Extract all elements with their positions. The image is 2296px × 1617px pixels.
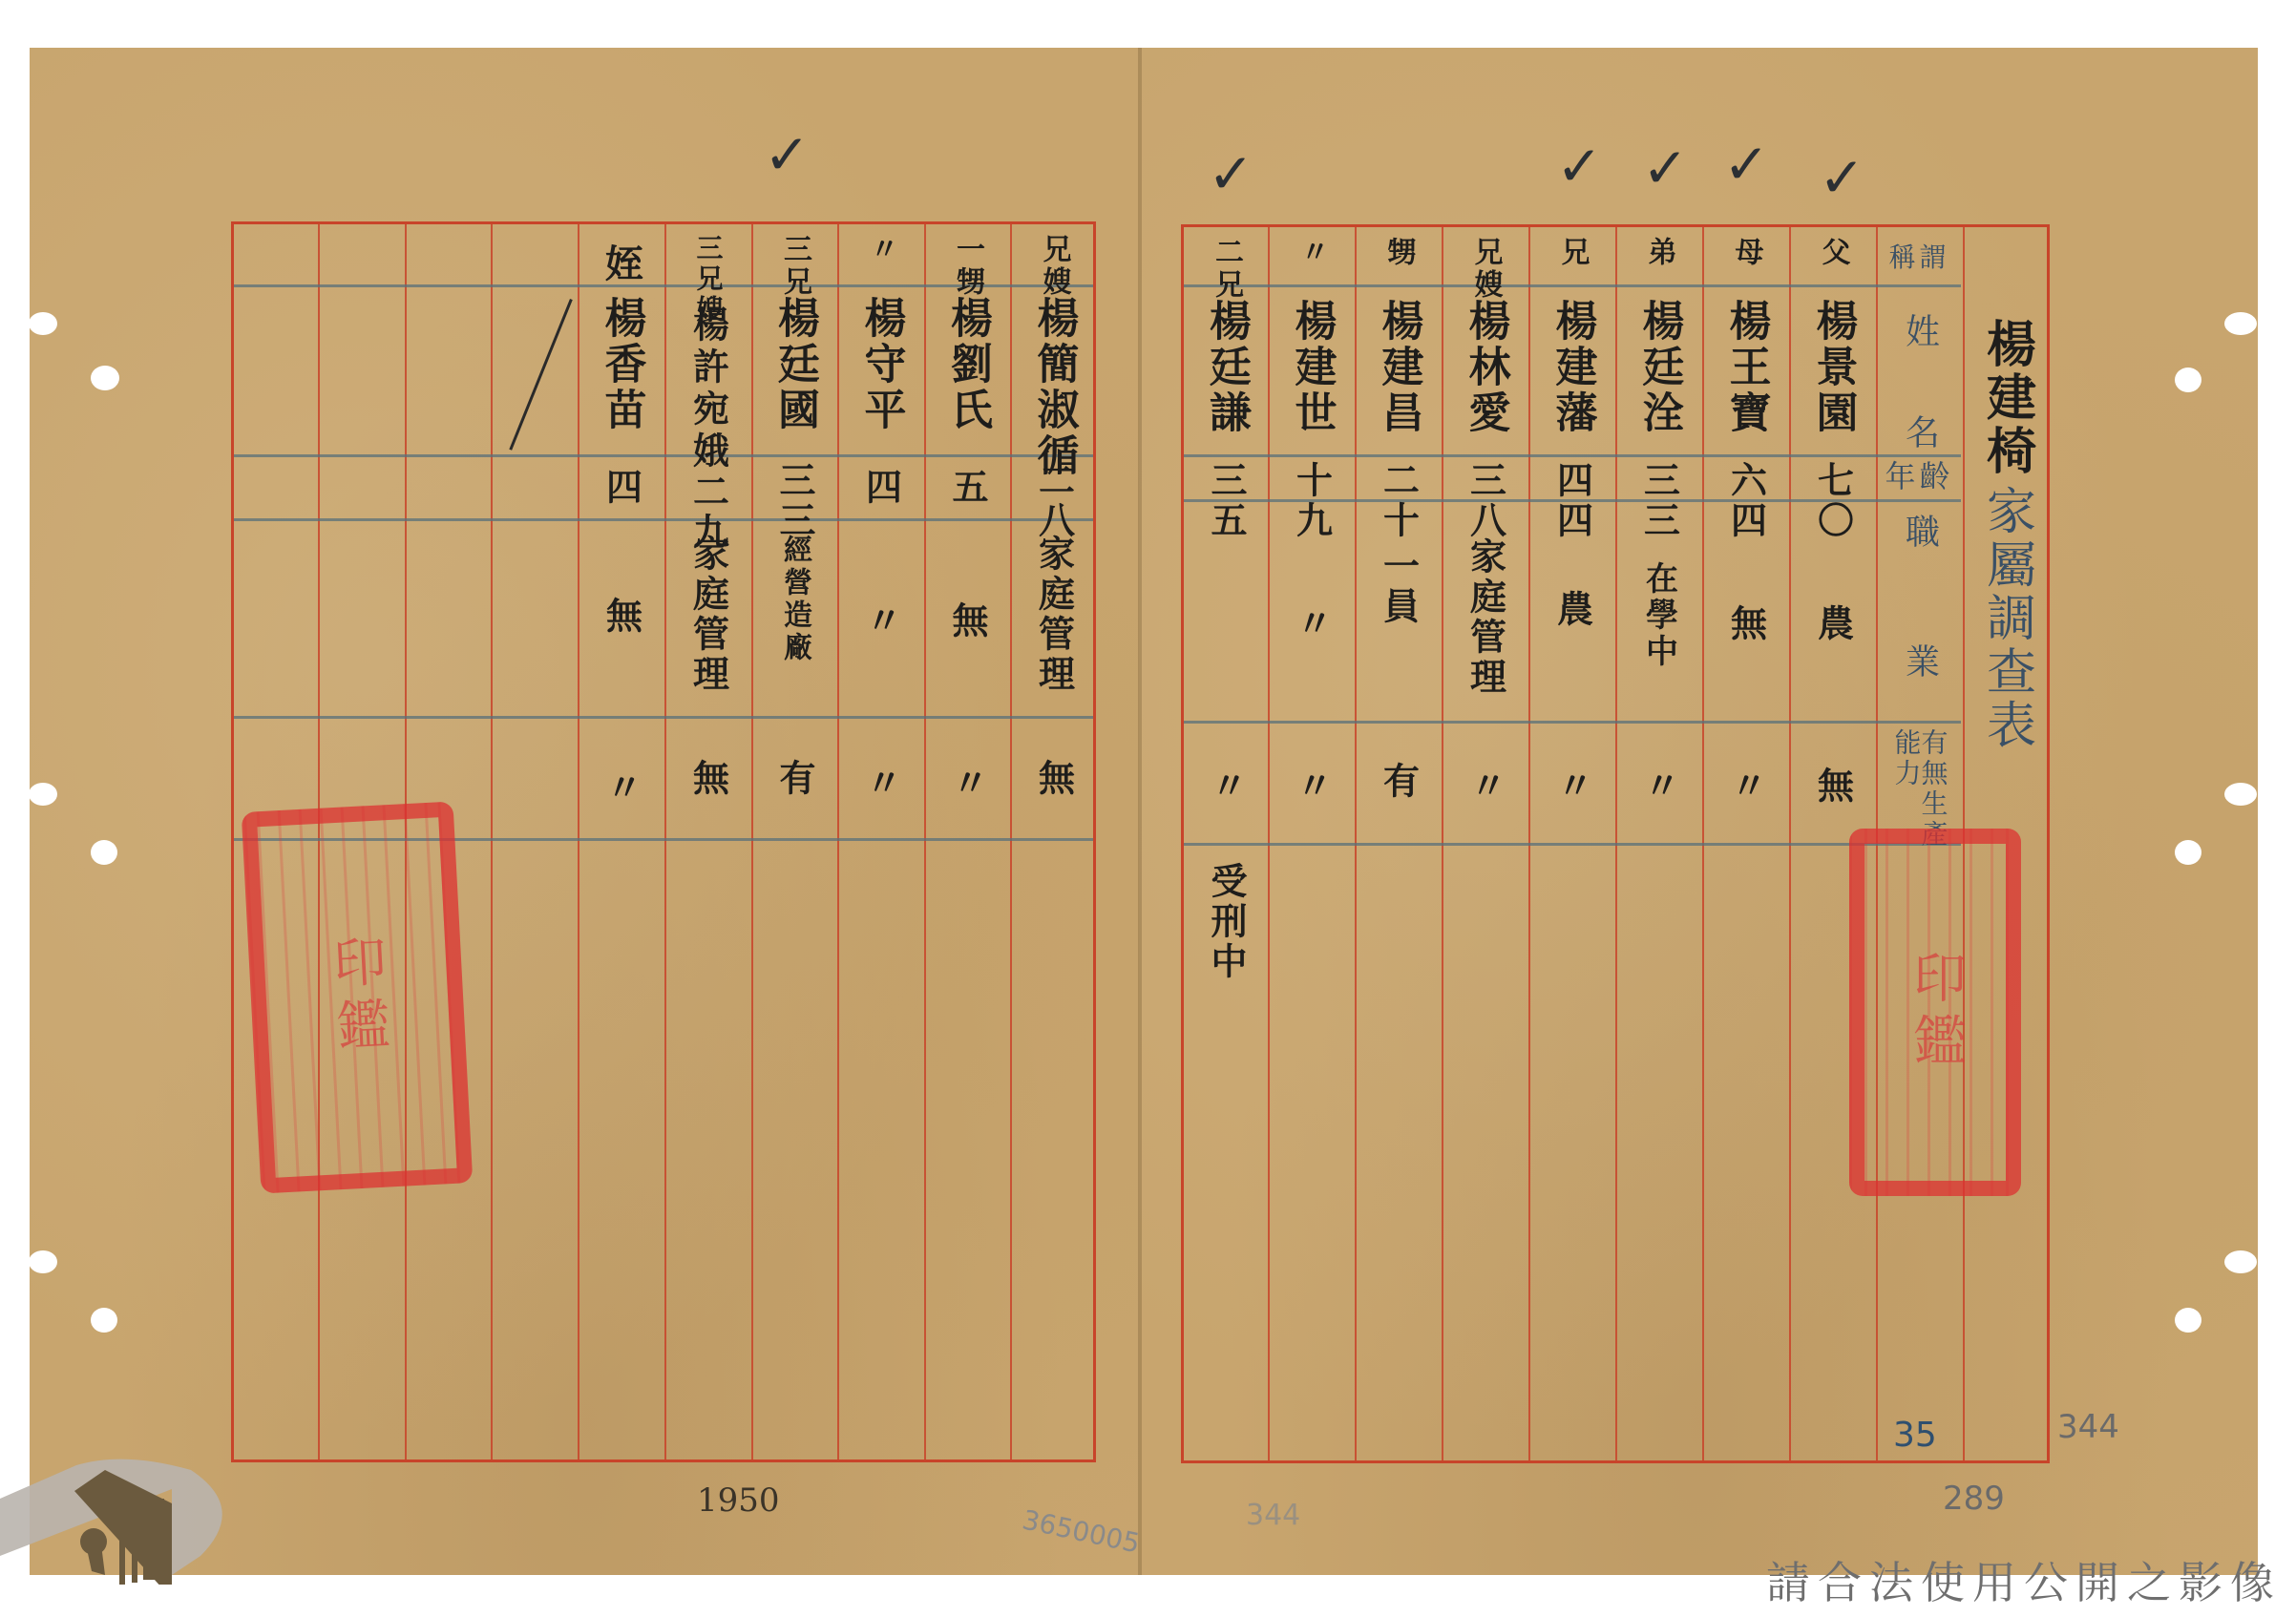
occupation: 無 (1728, 604, 1764, 644)
relation: 姪 (602, 243, 641, 285)
header-age: 年齡 (1885, 461, 1953, 492)
relation: 三兄 (780, 234, 809, 299)
document-title-name: 楊建椅 (1982, 318, 2032, 478)
table-row: 〃 楊守平 四 〃 〃 (837, 224, 924, 1459)
age: 三五 (1208, 461, 1244, 541)
productive-capacity: 〃 (1641, 766, 1677, 807)
table-row: 一甥 楊劉氏 五 無 〃 (924, 224, 1010, 1459)
pencil-note: 289 (1943, 1480, 2005, 1518)
strike-line (509, 299, 572, 451)
checkmark-icon: ✓ (1208, 141, 1254, 206)
occupation: 農 (1815, 604, 1851, 644)
table-row: 甥 楊建昌 二十 一員 有 (1355, 227, 1442, 1460)
punch-hole (2175, 367, 2201, 392)
punch-hole (91, 366, 119, 390)
occupation: 家庭管理 (1036, 535, 1072, 695)
printed-year: 1950 (697, 1481, 780, 1520)
age: 三八 (1467, 461, 1504, 541)
name: 楊王寶 (1725, 299, 1767, 436)
table-row: 兄嫂 楊簡淑循 二八 家庭管理 無 (1010, 224, 1097, 1459)
occupation: 無 (603, 597, 640, 637)
archive-book-keyhole-logo-icon (0, 1432, 239, 1585)
name: 楊林愛 (1464, 299, 1506, 436)
checkmark-icon: ✓ (764, 122, 811, 187)
age: 二八 (1036, 461, 1072, 541)
age: 六四 (1728, 461, 1764, 541)
productive-capacity: 〃 (863, 764, 899, 804)
note-imprisoned: 受刑中 (1208, 862, 1244, 982)
occupation: 〃 (1294, 604, 1330, 644)
name: 楊景園 (1812, 299, 1854, 436)
name: 楊建昌 (1378, 299, 1420, 436)
pencil-note: 344 (2057, 1408, 2119, 1446)
occupation: 一員 (1380, 547, 1417, 627)
productive-capacity: 〃 (1554, 766, 1590, 807)
age: 四 (863, 468, 899, 508)
table-row: 三兄 楊廷國 三三 經營造廠 有 (751, 224, 837, 1459)
productive-capacity: 有 (1380, 762, 1417, 802)
punch-hole (29, 1250, 57, 1273)
punch-hole (2224, 312, 2257, 335)
checkmark-icon: ✓ (1819, 145, 1865, 210)
usage-watermark: 請合法使用公開之影像 (1766, 1548, 2282, 1611)
punch-hole (29, 312, 57, 335)
relation: 二兄 (1211, 237, 1240, 302)
relation: 〃 (867, 234, 895, 266)
punch-hole (29, 783, 57, 806)
punch-hole (91, 1308, 117, 1333)
relation: 一甥 (953, 234, 981, 299)
age: 十九 (1294, 461, 1330, 541)
age: 四四 (1554, 461, 1590, 541)
age: 五 (949, 468, 985, 508)
pencil-note: 35 (1893, 1416, 1937, 1455)
name: 楊建世 (1291, 299, 1333, 436)
age: 三三 (1641, 461, 1677, 541)
red-seal-stamp: 印鑑 (1849, 829, 2021, 1196)
center-fold (1138, 48, 1142, 1575)
age: 二十 (1380, 461, 1417, 541)
productive-capacity: 無 (690, 759, 727, 799)
occupation: 經營造廠 (780, 535, 809, 664)
relation: 兄 (1558, 237, 1587, 269)
name: 楊許宛娥 (690, 305, 727, 473)
productive-capacity: 〃 (1467, 766, 1504, 807)
occupation: 無 (949, 601, 985, 641)
age: 四 (603, 468, 640, 508)
productive-capacity: 〃 (1208, 766, 1244, 807)
relation: 〃 (1297, 237, 1326, 269)
age: 三三 (776, 461, 812, 541)
productive-capacity: 無 (1036, 759, 1072, 799)
table-row: 兄 楊建藩 四四 農 〃 (1528, 227, 1615, 1460)
productive-capacity: 〃 (949, 764, 985, 804)
name: 楊廷洤 (1638, 299, 1680, 436)
occupation: 在學中 (1643, 561, 1675, 670)
table-row: 三兄嫂 楊許宛娥 二九 家庭管理 無 (664, 224, 751, 1459)
name: 楊劉氏 (946, 296, 988, 433)
punch-hole (2224, 783, 2257, 806)
table-row: 母 楊王寶 六四 無 〃 (1702, 227, 1789, 1460)
left-form-grid: 兄嫂 楊簡淑循 二八 家庭管理 無 一甥 楊劉氏 五 無 〃 〃 楊守平 四 〃… (231, 221, 1096, 1462)
occupation: 家庭管理 (690, 535, 727, 695)
occupation: 農 (1554, 590, 1590, 630)
relation: 父 (1819, 237, 1847, 269)
productive-capacity: 〃 (1294, 766, 1330, 807)
relation: 弟 (1645, 237, 1674, 269)
productive-capacity: 〃 (603, 768, 640, 808)
pencil-note: 344 (1246, 1499, 1300, 1532)
red-seal-stamp: 印鑑 (242, 801, 474, 1193)
checkmark-icon: ✓ (1642, 136, 1689, 200)
document-title-label: 家屬調查表 (1982, 485, 2032, 752)
relation: 兄嫂 (1040, 234, 1068, 299)
relation: 母 (1732, 237, 1760, 269)
name: 楊守平 (860, 296, 902, 433)
occupation: 〃 (863, 601, 899, 641)
table-row: 姪 楊香苗 四 無 〃 (578, 224, 664, 1459)
table-row: 二兄 楊廷謙 三五 〃 受刑中 (1184, 227, 1268, 1460)
punch-hole (2175, 1308, 2201, 1333)
punch-hole (91, 840, 117, 865)
occupation: 家庭管理 (1467, 537, 1504, 698)
name: 楊廷謙 (1205, 299, 1247, 436)
relation: 兄嫂 (1471, 237, 1500, 302)
checkmark-icon: ✓ (1723, 132, 1770, 197)
relation: 甥 (1384, 237, 1413, 269)
productive-capacity: 有 (776, 759, 812, 799)
name: 楊簡淑循 (1033, 296, 1075, 479)
table-row: 兄嫂 楊林愛 三八 家庭管理 〃 (1442, 227, 1528, 1460)
name: 楊香苗 (600, 296, 642, 433)
punch-hole (2175, 840, 2201, 865)
table-row: 〃 楊建世 十九 〃 〃 (1268, 227, 1355, 1460)
age: 七〇 (1815, 461, 1851, 541)
punch-hole (2224, 1250, 2257, 1273)
checkmark-icon: ✓ (1556, 134, 1603, 199)
name: 楊建藩 (1551, 299, 1593, 436)
name: 楊廷國 (773, 296, 815, 433)
header-relation: 稱謂 (1888, 244, 1949, 271)
productive-capacity: 無 (1815, 766, 1851, 807)
table-row: 弟 楊廷洤 三三 在學中 〃 (1615, 227, 1702, 1460)
right-form-grid: 楊建椅 家屬調查表 稱謂 姓名 年齡 職業 有無生產能力 父 楊景園 七〇 農 … (1181, 224, 2050, 1463)
productive-capacity: 〃 (1728, 766, 1764, 807)
